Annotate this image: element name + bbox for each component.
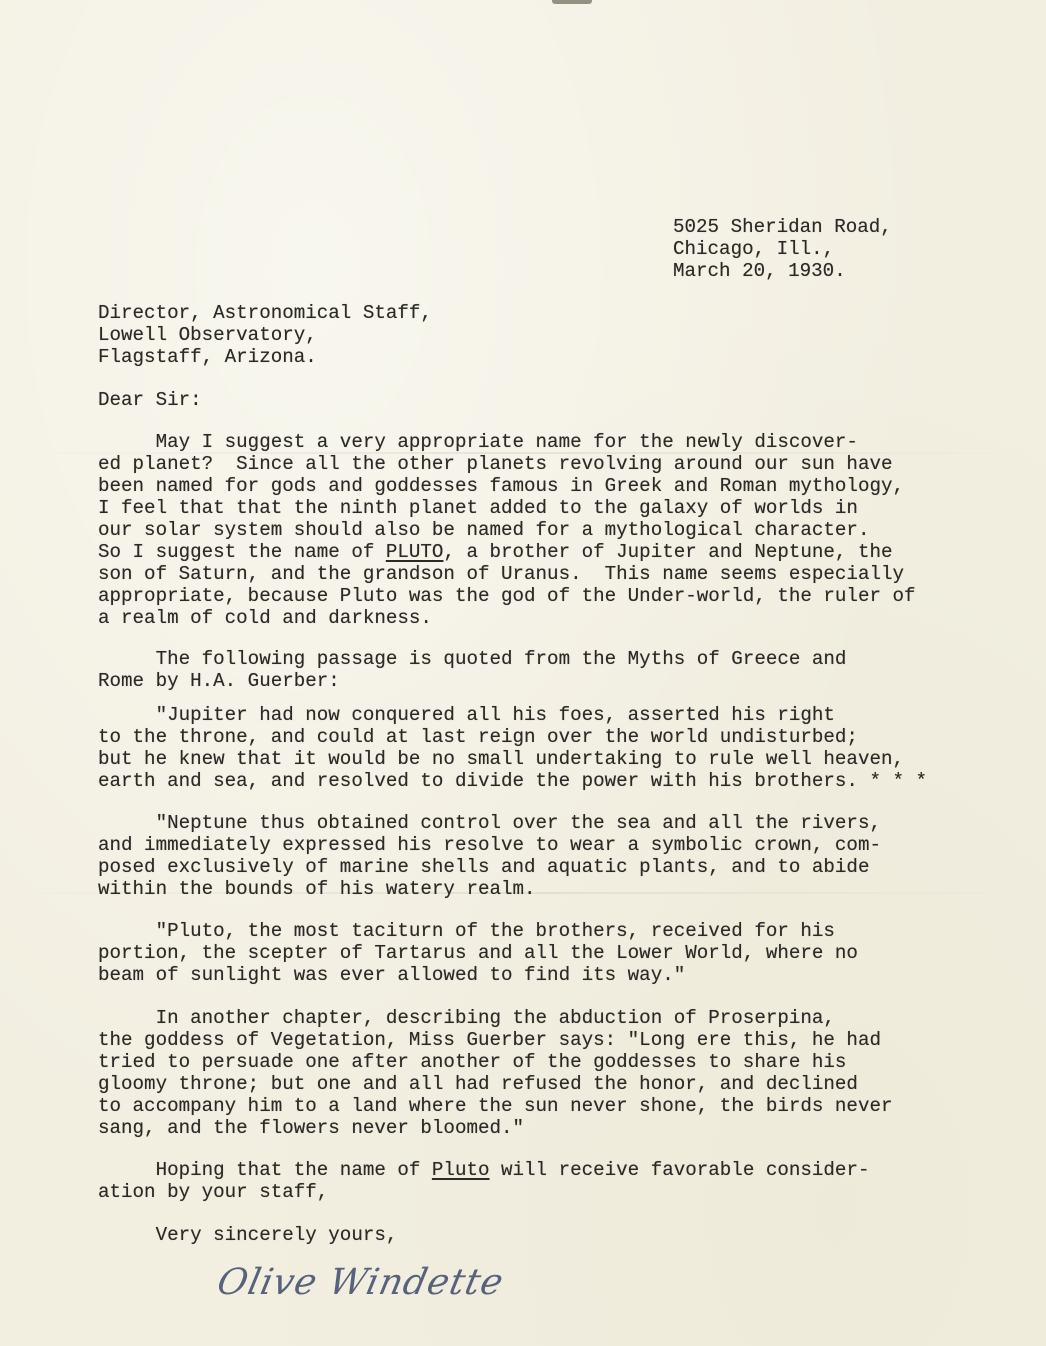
text-line: posed exclusively of marine shells and a… [98, 856, 869, 878]
handwritten-signature: Olive Windette [214, 1262, 508, 1303]
recipient-line-3: Flagstaff, Arizona. [98, 346, 317, 368]
text-line: appropriate, because Pluto was the god o… [98, 585, 916, 607]
text-line: "Jupiter had now conquered all his foes,… [98, 704, 835, 726]
underlined-pluto: PLUTO [386, 541, 444, 563]
text-line: gloomy throne; but one and all had refus… [98, 1073, 858, 1095]
text-line-pluto: So I suggest the name of PLUTO, a brothe… [98, 541, 893, 563]
recipient-line-2: Lowell Observatory, [98, 324, 317, 346]
text-line: ation by your staff, [98, 1181, 328, 1203]
text-line: tried to persuade one after another of t… [98, 1051, 846, 1073]
text-segment: , a brother of Jupiter and Neptune, the [443, 541, 892, 563]
text-line: "Pluto, the most taciturn of the brother… [98, 920, 835, 942]
text-line-pluto: Hoping that the name of Pluto will recei… [98, 1159, 869, 1181]
text-line: and immediately expressed his resolve to… [98, 834, 881, 856]
recipient-line-1: Director, Astronomical Staff, [98, 302, 432, 324]
text-line: beam of sunlight was ever allowed to fin… [98, 964, 685, 986]
salutation: Dear Sir: [98, 389, 202, 411]
text-line: but he knew that it would be no small un… [98, 748, 904, 770]
text-line: to accompany him to a land where the sun… [98, 1095, 893, 1117]
text-line: Rome by H.A. Guerber: [98, 670, 340, 692]
text-line: portion, the scepter of Tartarus and all… [98, 942, 858, 964]
text-line: been named for gods and goddesses famous… [98, 475, 904, 497]
letter-date: March 20, 1930. [673, 260, 846, 282]
text-segment: will receive favorable consider- [490, 1159, 870, 1181]
text-line: the goddess of Vegetation, Miss Guerber … [98, 1029, 881, 1051]
top-edge-mark [552, 0, 592, 4]
text-line: I feel that that the ninth planet added … [98, 497, 858, 519]
sender-street: 5025 Sheridan Road, [673, 216, 892, 238]
text-segment: So I suggest the name of [98, 541, 386, 563]
underlined-pluto: Pluto [432, 1159, 490, 1181]
text-line: "Neptune thus obtained control over the … [98, 812, 881, 834]
sender-city: Chicago, Ill., [673, 238, 834, 260]
text-line: In another chapter, describing the abduc… [98, 1007, 835, 1029]
text-line: within the bounds of his watery realm. [98, 878, 536, 900]
complimentary-close: Very sincerely yours, [98, 1224, 397, 1246]
text-segment: Hoping that the name of [98, 1159, 432, 1181]
text-line: son of Saturn, and the grandson of Uranu… [98, 563, 904, 585]
text-line: ed planet? Since all the other planets r… [98, 453, 893, 475]
text-line: earth and sea, and resolved to divide th… [98, 770, 927, 792]
text-line: The following passage is quoted from the… [98, 648, 846, 670]
text-line: May I suggest a very appropriate name fo… [98, 431, 858, 453]
text-line: sang, and the flowers never bloomed." [98, 1117, 524, 1139]
text-line: to the throne, and could at last reign o… [98, 726, 858, 748]
text-line: our solar system should also be named fo… [98, 519, 869, 541]
text-line: a realm of cold and darkness. [98, 607, 432, 629]
